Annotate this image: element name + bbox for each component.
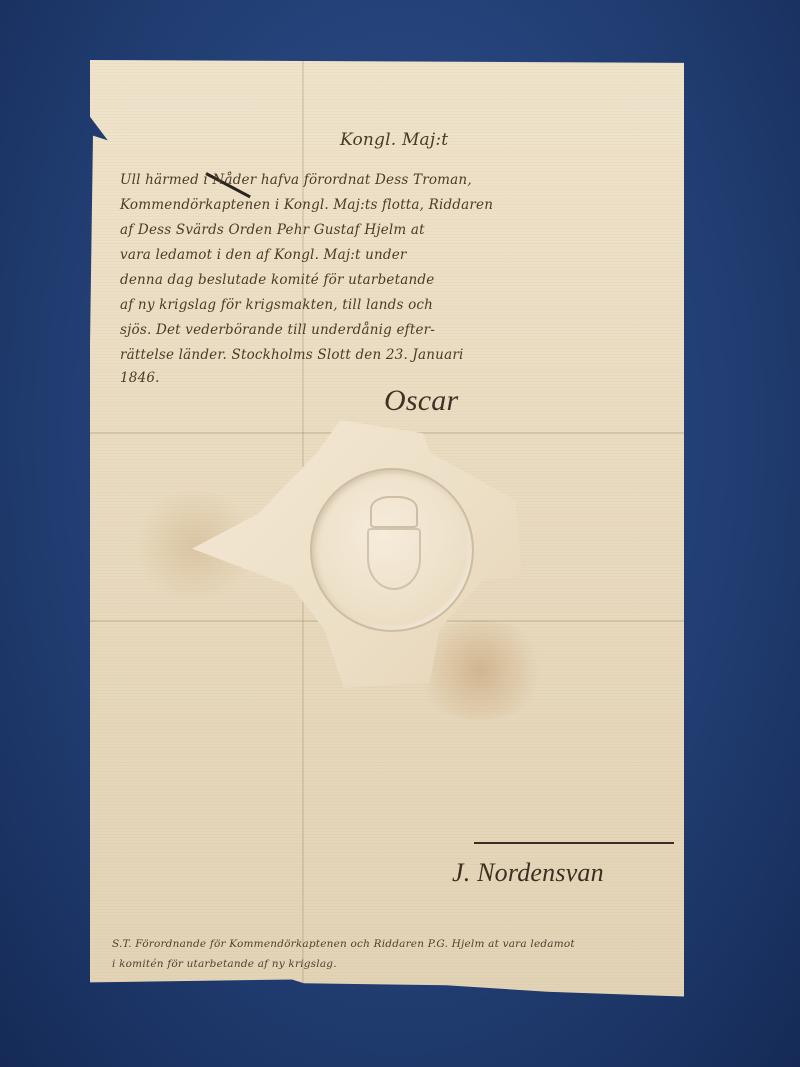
document-heading: Kongl. Maj:t [340,130,448,150]
signature-line [474,842,674,844]
body-line-6: af ny krigslag för krigsmakten, till lan… [120,297,433,313]
body-line-5: denna dag beslutade komité för utarbetan… [120,272,434,288]
royal-signature: Oscar [384,384,458,418]
body-line-3: af Dess Svärds Orden Pehr Gustaf Hjelm a… [120,222,425,238]
body-line-4: vara ledamot i den af Kongl. Maj:t under [120,247,407,263]
countersignature: J. Nordensvan [452,858,604,888]
body-line-8: rättelse länder. Stockholms Slott den 23… [120,347,464,363]
body-line-1: Ull härmed i Nåder hafva förordnat Dess … [120,172,472,188]
footnote-line-2: i komitén för utarbetande af ny krigslag… [112,958,337,970]
embossed-seal-icon [310,468,474,632]
body-line-9: 1846. [120,370,160,386]
footnote-line-1: S.T. Förordnande för Kommendörkaptenen o… [112,938,575,950]
shield-icon [367,528,421,590]
crown-icon [370,496,418,528]
body-line-7: sjös. Det vederbörande till underdånig e… [120,322,435,338]
body-line-2: Kommendörkaptenen i Kongl. Maj:ts flotta… [120,197,493,213]
